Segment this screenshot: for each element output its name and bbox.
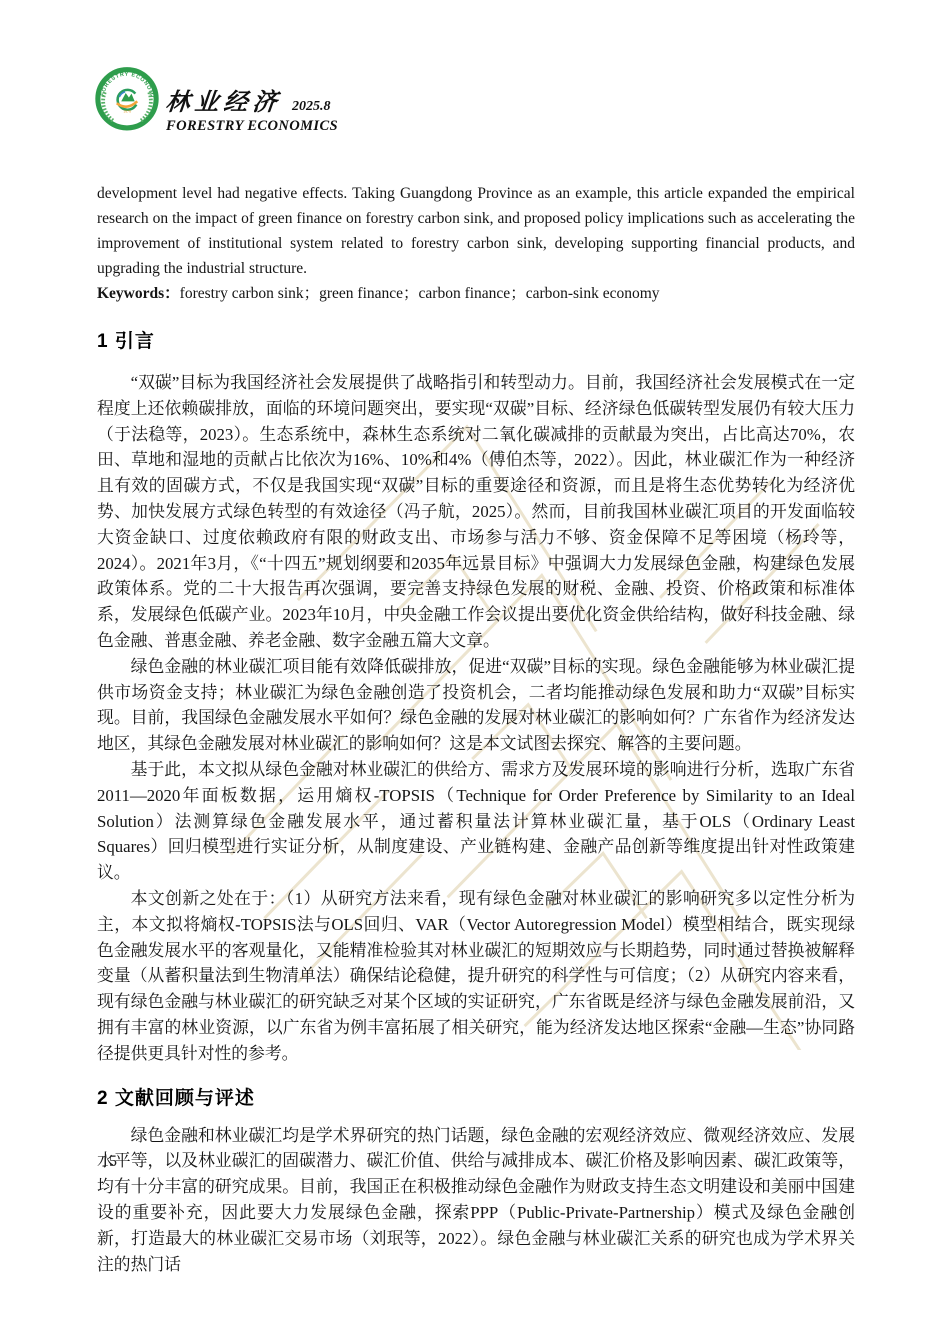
logo-year: 1979 <box>123 110 131 114</box>
paragraph: 绿色金融的林业碳汇项目能有效降低碳排放，促进“双碳”目标的实现。绿色金融能够为林… <box>97 654 855 757</box>
keywords-text: forestry carbon sink；green finance；carbo… <box>180 285 660 302</box>
journal-title-en: FORESTRY ECONOMICS <box>166 118 338 135</box>
article-body: development level had negative effects. … <box>97 181 855 1277</box>
keywords-label: Keywords： <box>97 285 180 302</box>
paragraph: 本文创新之处在于：（1）从研究方法来看，现有绿色金融对林业碳汇的影响研究多以定性… <box>97 886 855 1067</box>
journal-masthead: 林业经济 2025.8 FORESTRY ECONOMICS <box>166 82 338 135</box>
page-header: FORESTRY ECONOMICS 1979 林业经济 2025.8 FORE… <box>0 0 950 160</box>
keywords-line: Keywords：forestry carbon sink；green fina… <box>97 281 855 306</box>
journal-title-zh: 林业经济 <box>164 82 284 117</box>
journal-page: FORESTRY ECONOMICS 1979 林业经济 2025.8 FORE… <box>0 0 950 1333</box>
section-heading-introduction: 1 引言 <box>97 326 855 353</box>
journal-logo: FORESTRY ECONOMICS 1979 <box>95 64 159 138</box>
journal-issue: 2025.8 <box>292 99 331 115</box>
abstract-english-continuation: development level had negative effects. … <box>97 181 855 281</box>
paragraph: 绿色金融和林业碳汇均是学术界研究的热门话题，绿色金融的宏观经济效应、微观经济效应… <box>97 1123 855 1278</box>
page-number: 15 <box>101 1153 117 1171</box>
section-heading-literature-review: 2 文献回顾与评述 <box>97 1083 855 1110</box>
paragraph: 基于此，本文拟从绿色金融对林业碳汇的供给方、需求方及发展环境的影响进行分析，选取… <box>97 757 855 886</box>
paragraph: “双碳”目标为我国经济社会发展提供了战略指引和转型动力。目前，我国经济社会发展模… <box>97 370 855 654</box>
